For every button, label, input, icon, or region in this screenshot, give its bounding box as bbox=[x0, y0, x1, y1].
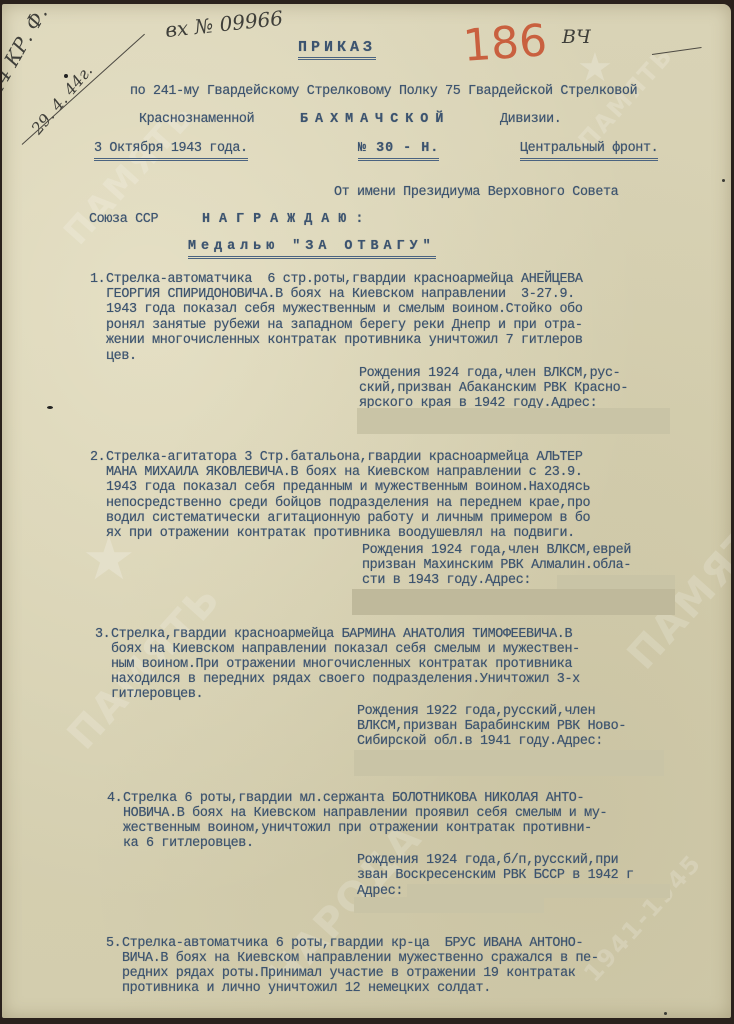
entry-text-line: противника и лично уничтожил 12 немецких… bbox=[122, 981, 491, 997]
entry-text-line: гитлеровцев. bbox=[111, 687, 203, 703]
header-division-name: БАХМАЧСКОЙ bbox=[300, 112, 450, 128]
entry-bio-line: сти в 1943 году.Адрес: bbox=[362, 573, 531, 589]
registry-number-handwritten: вх № 09966 bbox=[164, 6, 284, 42]
entry-bio-line: Рождения 1922 года,русский,член bbox=[357, 704, 595, 720]
preamble-line-1: От имени Президиума Верховного Совета bbox=[334, 185, 618, 201]
redacted-address bbox=[357, 408, 670, 434]
entry-text-line: Стрелка-агитатора 3 Стр.батальона,гварди… bbox=[106, 450, 583, 466]
preamble-prefix: Союза ССР bbox=[89, 212, 158, 228]
entry-text-line: Стрелка 6 роты,гвардии мл.сержанта БОЛОТ… bbox=[123, 791, 584, 807]
entry-text-line: редних рядах роты.Принимал участие в отр… bbox=[122, 966, 575, 982]
entry-text-line: Стрелка-автоматчика 6 стр.роты,гвардии к… bbox=[106, 272, 583, 288]
redacted-address bbox=[557, 575, 675, 589]
entry-text-line: ВИЧА.В боях на Киевском направлении муже… bbox=[122, 951, 599, 967]
redacted-address bbox=[407, 884, 670, 898]
entry-text-line: Стрелка-автоматчика 6 роты,гвардии кр-ца… bbox=[122, 936, 583, 952]
margin-stroke bbox=[22, 34, 145, 145]
paper-speck bbox=[722, 179, 725, 182]
entry-text-line: НОВИЧА.В боях на Киевском направлении пр… bbox=[123, 806, 607, 822]
entry-text-line: МАНА МИХАИЛА ЯКОВЛЕВИЧА.В боях на Киевск… bbox=[106, 465, 583, 481]
entry-number: 2. bbox=[90, 450, 105, 466]
entry-number: 5. bbox=[106, 936, 121, 952]
entry-text-line: ях при отражении контратак противника во… bbox=[106, 526, 575, 542]
document-page: ПАМЯТЬ ПАМЯТЬ ПАМЯТЬ ПАМЯТЬ НАРОДА 1941-… bbox=[2, 4, 731, 1018]
paper-speck bbox=[664, 1012, 667, 1015]
entry-bio-line: ский,призван Абаканским РВК Красно- bbox=[359, 381, 628, 397]
redacted-address bbox=[352, 589, 675, 615]
red-pencil-number: 186 bbox=[461, 15, 548, 72]
entry-text-line: 1943 года показал себя мужественным и см… bbox=[106, 302, 583, 318]
entry-text-line: ронял занятые рубежи на западном берегу … bbox=[106, 318, 583, 334]
medal-name: Медалью "ЗА ОТВАГУ" bbox=[188, 239, 436, 259]
redacted-address bbox=[354, 750, 664, 776]
paper-speck bbox=[64, 74, 68, 78]
order-number: № 30 - Н. bbox=[358, 141, 439, 161]
order-date: 3 Октября 1943 года. bbox=[94, 141, 248, 161]
paper-speck bbox=[47, 406, 53, 409]
entry-number: 4. bbox=[107, 791, 122, 807]
entry-number: 3. bbox=[95, 627, 110, 643]
entry-text-line: ГЕОРГИЯ СПИРИДОНОВИЧА.В боях на Киевском… bbox=[106, 287, 575, 303]
entry-bio-line: Рождения 1924 года,член ВЛКСМ,рус- bbox=[359, 366, 620, 382]
award-verb: НАГРАЖДАЮ: bbox=[202, 212, 372, 228]
entry-text-line: Стрелка,гвардии красноармейца БАРМИНА АН… bbox=[111, 627, 572, 643]
entry-text-line: находился в передних рядах своего подраз… bbox=[111, 672, 580, 688]
margin-note-handwritten: 14 КР. Ф. bbox=[2, 4, 52, 98]
entry-bio-line: ВЛКСМ,призван Барабинским РВК Ново- bbox=[357, 719, 626, 735]
header-unit-line: по 241-му Гвардейскому Стрелковому Полку… bbox=[130, 84, 637, 100]
entry-text-line: боях на Киевском направлении показал себ… bbox=[111, 642, 580, 658]
entry-text-line: непосредственно среди бойцов подразделен… bbox=[106, 496, 590, 512]
entry-bio-line: Рождения 1924 года,б/п,русский,при bbox=[357, 853, 618, 869]
page-title: ПРИКАЗ bbox=[298, 40, 376, 60]
front-name: Центральный фронт. bbox=[520, 141, 658, 161]
header-division-suffix: Дивизии. bbox=[500, 112, 562, 128]
entry-text-line: цев. bbox=[106, 349, 137, 365]
entry-text-line: жении многочисленных контратак противник… bbox=[106, 333, 583, 349]
entry-bio-line: зван Воскресенским РВК БССР в 1942 г bbox=[357, 868, 634, 884]
entry-text-line: ка 6 гитлеровцев. bbox=[123, 836, 254, 852]
entry-text-line: жественным воином,уничтожил при отражени… bbox=[123, 821, 592, 837]
signature-handwritten: ВЧ bbox=[562, 26, 591, 48]
margin-note-date-handwritten: 29. 4. 44г. bbox=[27, 61, 96, 138]
entry-bio-line: призван Махинским РВК Алмалин.обла- bbox=[362, 558, 631, 574]
entry-text-line: ным воином.При отражении многочисленных … bbox=[111, 657, 572, 673]
entry-number: 1. bbox=[90, 272, 105, 288]
redacted-address bbox=[354, 897, 544, 913]
header-division-prefix: Краснознаменной bbox=[139, 112, 254, 128]
entry-bio-line: Рождения 1924 года,член ВЛКСМ,еврей bbox=[362, 543, 631, 559]
entry-text-line: водил систематически агитационную работу… bbox=[106, 511, 590, 527]
entry-bio-line: Сибирской обл.в 1941 году.Адрес: bbox=[357, 734, 603, 750]
entry-text-line: 1943 года показал себя преданным и мужес… bbox=[106, 480, 590, 496]
